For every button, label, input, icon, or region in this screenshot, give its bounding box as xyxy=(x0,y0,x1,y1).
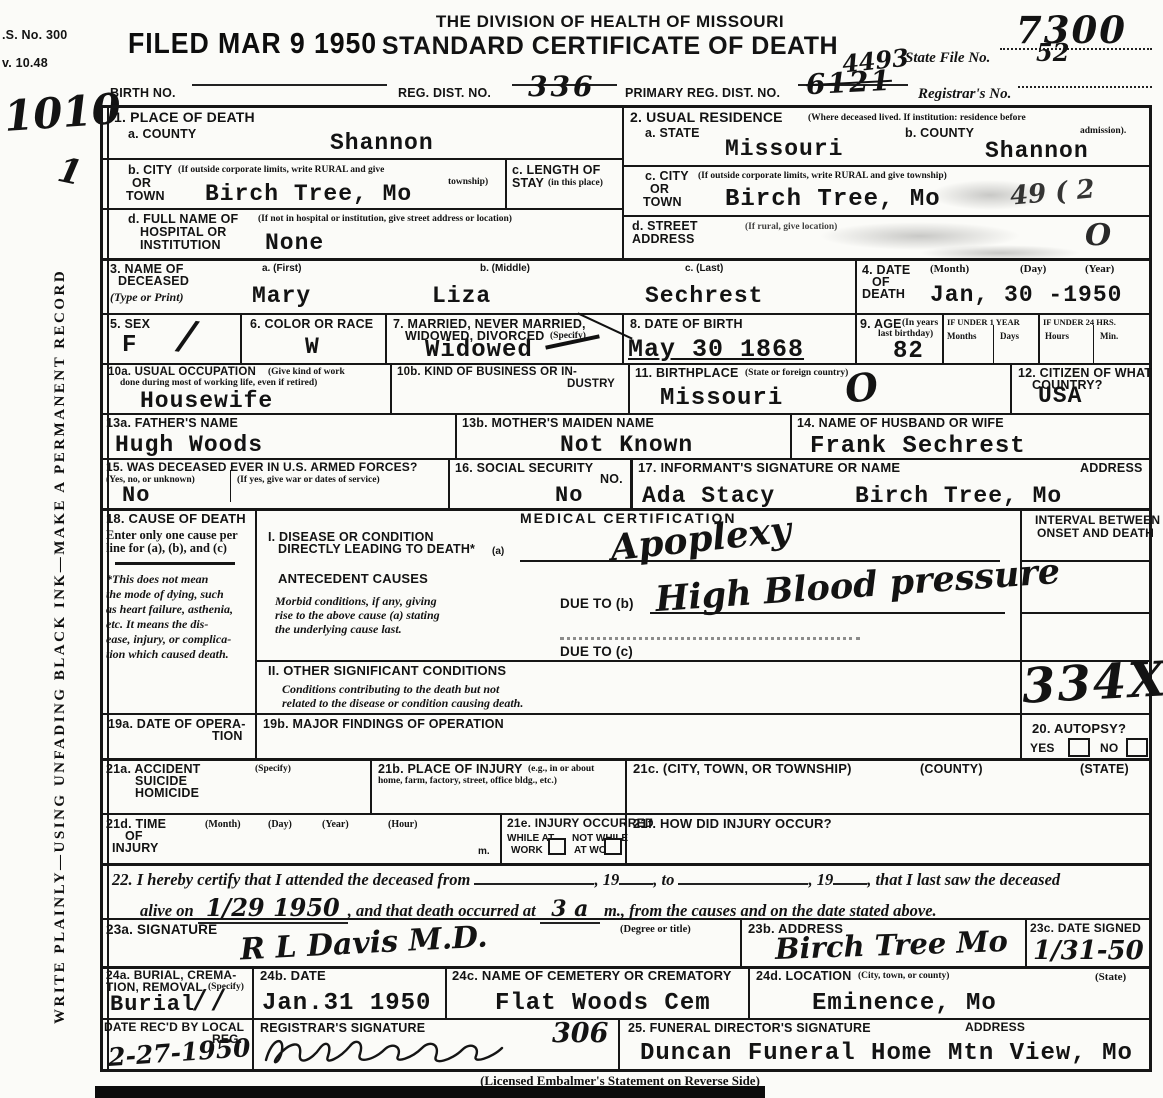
med-ii-note2: related to the disease or condition caus… xyxy=(282,696,523,711)
field-2d-label2: ADDRESS xyxy=(632,232,695,246)
field-2b-label: b. COUNTY xyxy=(905,126,974,140)
autopsy-yes-label: YES xyxy=(1030,742,1055,755)
med-ii-label: II. OTHER SIGNIFICANT CONDITIONS xyxy=(268,664,506,679)
field-21c-state: (STATE) xyxy=(1080,762,1129,776)
field-24c-label: 24c. NAME OF CEMETERY OR CREMATORY xyxy=(452,969,732,984)
registrar-no-line xyxy=(1018,86,1152,88)
field-21a-note: (Specify) xyxy=(255,764,291,775)
handwritten-code-334x: 334X xyxy=(1021,651,1163,715)
field-15-note2: (If yes, give war or dates of service) xyxy=(237,475,380,486)
field-2d-scribble: O xyxy=(1085,218,1111,253)
field-24a-value: Burial xyxy=(110,992,195,1017)
field-5-value: F xyxy=(122,332,137,359)
field-1c-label2: STAY xyxy=(512,176,544,190)
field-17-address-value: Birch Tree, Mo xyxy=(855,483,1062,509)
field-9-min-label: Min. xyxy=(1100,331,1118,341)
autopsy-yes-checkbox xyxy=(1068,738,1090,757)
field-1b-label: b. CITY xyxy=(128,163,172,177)
field-10a-label: 10a. USUAL OCCUPATION xyxy=(108,366,256,379)
field-13a-label: 13a. FATHER'S NAME xyxy=(106,416,238,430)
field-9-months-label: Months xyxy=(947,331,977,341)
field-4-value: Jan, 30 -1950 xyxy=(930,282,1122,308)
field-21b-note: (e.g., in or about xyxy=(528,764,594,775)
field-1c-label: c. LENGTH OF xyxy=(512,163,601,177)
field-4-col2: (Day) xyxy=(1020,263,1046,276)
field-3-first-value: Mary xyxy=(252,283,311,309)
state-file-no-value: 7300 xyxy=(1016,8,1127,52)
med-due-c-label: DUE TO (c) xyxy=(560,644,633,659)
field-1b-value: Birch Tree, Mo xyxy=(205,181,412,207)
form-number-corner: .S. No. 300 xyxy=(2,28,67,42)
scan-bottom-black-bar xyxy=(95,1086,765,1098)
cert-text-3: , to xyxy=(653,870,674,889)
field-1d-label: d. FULL NAME OF xyxy=(128,212,238,226)
field-11-value: Missouri xyxy=(660,385,783,412)
field-10b-label2: DUSTRY xyxy=(567,378,615,391)
field-1d-value: None xyxy=(265,230,324,256)
field-8-label: 8. DATE OF BIRTH xyxy=(630,317,743,331)
field-1b-note2: township) xyxy=(448,177,488,188)
field-2-note: (Where deceased lived. If institution: r… xyxy=(808,113,1026,124)
funeral-director-value: Duncan Funeral Home Mtn View, Mo xyxy=(640,1040,1133,1067)
field-21e-label: 21e. INJURY OCCURRED xyxy=(507,817,654,830)
med-antecedent-label: ANTECEDENT CAUSES xyxy=(278,572,428,587)
registrar-code-value: 306 xyxy=(552,1018,608,1049)
field-3-last-label: c. (Last) xyxy=(685,263,723,274)
field-20-label: 20. AUTOPSY? xyxy=(1032,722,1126,737)
field-19b-label: 19b. MAJOR FINDINGS OF OPERATION xyxy=(263,717,504,731)
field-18-line2: line for (a), (b), and (c) xyxy=(106,541,227,557)
divider-1b-1c xyxy=(505,158,507,208)
field-1a-label: a. COUNTY xyxy=(128,127,196,141)
field-5-label: 5. SEX xyxy=(110,317,150,331)
field-13a-value: Hugh Woods xyxy=(115,432,263,458)
field-17-address-label: ADDRESS xyxy=(1080,461,1143,475)
funeral-director-address-label: ADDRESS xyxy=(965,1021,1025,1034)
field-15-label: 15. WAS DECEASED EVER IN U.S. ARMED FORC… xyxy=(106,461,418,474)
reg-dist-label: REG. DIST. NO. xyxy=(398,86,491,100)
field-14-value: Frank Sechrest xyxy=(810,433,1026,460)
field-21b-label: 21b. PLACE OF INJURY xyxy=(378,762,523,776)
med-i-label2: DIRECTLY LEADING TO DEATH* xyxy=(278,542,475,556)
field-3-title2: DECEASED xyxy=(118,274,189,288)
reg-dist-value: 336 xyxy=(528,70,595,103)
field-23c-label: 23c. DATE SIGNED xyxy=(1030,922,1141,935)
state-file-no-value2: 52 xyxy=(1036,38,1069,67)
field-3-last-value: Sechrest xyxy=(645,283,763,309)
field-16-label: 16. SOCIAL SECURITY xyxy=(455,461,593,475)
field-24a-pen-marks: / / xyxy=(195,985,223,1015)
field-11-pen-mark: O xyxy=(842,363,881,412)
field-2d-label: d. STREET xyxy=(632,219,698,233)
birth-no-label: BIRTH NO. xyxy=(110,86,176,100)
field-2c-label: c. CITY xyxy=(645,169,689,183)
cert-blank-4 xyxy=(833,883,867,885)
field-13b-label: 13b. MOTHER'S MAIDEN NAME xyxy=(462,416,654,430)
field-18-title: 18. CAUSE OF DEATH xyxy=(106,512,246,527)
field-1a-value: Shannon xyxy=(330,130,434,156)
divider-1-2 xyxy=(622,105,624,258)
state-file-no-label: State File No. xyxy=(905,50,990,67)
field-10a-value: Housewife xyxy=(140,388,273,414)
med-morbid2: rise to the above cause (a) stating xyxy=(275,608,440,623)
field-24d-label: 24d. LOCATION xyxy=(756,969,851,983)
field-1c-note: (in this place) xyxy=(548,178,603,189)
field-21d-label3: INJURY xyxy=(112,841,159,855)
form-revision-corner: v. 10.48 xyxy=(2,56,48,70)
field-1d-label2: HOSPITAL OR xyxy=(140,225,226,239)
certification-statement-line1: 22. I hereby certify that I attended the… xyxy=(112,870,1147,890)
field-18-note1: *This does not mean xyxy=(106,572,208,587)
field-3-title3: (Type or Print) xyxy=(110,290,184,305)
autopsy-no-label: NO xyxy=(1100,742,1118,755)
field-18-note5: ease, injury, or complica- xyxy=(106,632,231,647)
field-15-value: No xyxy=(122,483,150,508)
field-1b-note: (If outside corporate limits, write RURA… xyxy=(178,165,384,176)
field-21b-note2: home, farm, factory, street, office bldg… xyxy=(378,776,557,787)
field-1d-note: (If not in hospital or institution, give… xyxy=(258,214,512,225)
field-21f-label: 21f. HOW DID INJURY OCCUR? xyxy=(633,817,832,832)
field-1d-label3: INSTITUTION xyxy=(140,238,221,252)
field-23a-label: 23a. SIGNATURE xyxy=(106,922,217,937)
field-24d-note: (City, town, or county) xyxy=(858,971,949,982)
field-3-middle-value: Liza xyxy=(432,283,491,309)
field-1b-or: OR xyxy=(132,176,151,190)
field-12-value: USA xyxy=(1038,383,1082,409)
field-8-value: May 30 1868 xyxy=(628,335,804,364)
field-21a-label3: HOMICIDE xyxy=(135,786,199,800)
field-21e-w1b: WORK xyxy=(511,845,543,856)
cert-blank-1 xyxy=(474,883,594,885)
cert-blank-3 xyxy=(678,883,808,885)
field-2c-note: (If outside corporate limits, write RURA… xyxy=(698,171,947,182)
field-24d-state: (State) xyxy=(1095,971,1126,984)
field-10a-note: (Give kind of work xyxy=(268,367,345,378)
cert-blank-2 xyxy=(619,883,653,885)
field-4-label3: DEATH xyxy=(862,287,905,301)
field-18-note3: as heart failure, asthenia, xyxy=(106,602,233,617)
field-2c-town: TOWN xyxy=(643,195,682,209)
field-21d-c4: (Hour) xyxy=(388,819,417,831)
field-16-value: No xyxy=(555,483,583,508)
field-9-value: 82 xyxy=(893,338,924,365)
field-2b-value: Shannon xyxy=(985,138,1089,164)
field-21c-county: (COUNTY) xyxy=(920,762,983,776)
death-certificate-scan: { "page": { "corner_line1": ".S. No. 300… xyxy=(0,0,1163,1098)
funeral-director-label: 25. FUNERAL DIRECTOR'S SIGNATURE xyxy=(628,1021,871,1035)
field-18-note6: tion which caused death. xyxy=(106,647,229,662)
field-17-name-value: Ada Stacy xyxy=(642,483,775,509)
field-24b-label: 24b. DATE xyxy=(260,969,326,984)
field-6-label: 6. COLOR OR RACE xyxy=(250,317,373,331)
field-2a-label: a. STATE xyxy=(645,126,700,140)
injury-not-while-at-work-checkbox xyxy=(604,838,622,855)
field-4-col3: (Year) xyxy=(1085,263,1114,276)
field-11-note: (State or foreign country) xyxy=(745,368,848,379)
field-9-days-label: Days xyxy=(1000,331,1019,341)
field-9-note: (In years xyxy=(902,318,938,329)
registrar-signature-script xyxy=(262,1030,562,1068)
margin-instruction-vertical-text: WRITE PLAINLY—USING UNFADING BLACK INK—M… xyxy=(52,196,69,1024)
birth-no-line xyxy=(192,84,387,86)
field-7-value: Widowed xyxy=(425,337,533,364)
autopsy-no-checkbox xyxy=(1126,738,1148,757)
field-19a-label2: TION xyxy=(212,729,243,743)
field-21d-c3: (Year) xyxy=(322,819,349,831)
field-2-note2: admission). xyxy=(1080,126,1126,137)
issuing-division-title: THE DIVISION OF HEALTH OF MISSOURI xyxy=(340,12,880,31)
injury-while-at-work-checkbox xyxy=(548,838,566,855)
handwritten-margin-tick: 1 xyxy=(54,150,85,194)
med-ii-note1: Conditions contributing to the death but… xyxy=(282,682,499,697)
field-14-label: 14. NAME OF HUSBAND OR WIFE xyxy=(797,416,1004,430)
field-2-title: 2. USUAL RESIDENCE xyxy=(630,110,783,126)
field-17-label: 17. INFORMANT'S SIGNATURE OR NAME xyxy=(638,461,900,476)
divider-3-4 xyxy=(855,258,857,313)
field-24d-value: Eminence, Mo xyxy=(812,990,997,1017)
field-21c-label: 21c. (CITY, TOWN, OR TOWNSHIP) xyxy=(633,762,852,777)
interval-label2: ONSET AND DEATH xyxy=(1037,527,1154,540)
certificate-title: STANDARD CERTIFICATE OF DEATH xyxy=(330,32,890,60)
field-2c-value: Birch Tree, Mo xyxy=(725,186,941,213)
field-1b-town: TOWN xyxy=(126,189,165,203)
field-10b-label: 10b. KIND OF BUSINESS OR IN- xyxy=(397,366,577,379)
med-a-tag: (a) xyxy=(492,546,504,557)
cert-text-2: , 19 xyxy=(594,870,619,889)
med-due-b-label: DUE TO (b) xyxy=(560,596,634,611)
field-9-under1yr-label: IF UNDER 1 YEAR xyxy=(947,318,1020,328)
field-18-note2: the mode of dying, such xyxy=(106,587,224,602)
field-21d-m: m. xyxy=(478,846,490,857)
registrar-no-label: Registrar's No. xyxy=(918,86,1011,103)
field-21d-c1: (Month) xyxy=(205,819,241,831)
cert-text-4: , 19 xyxy=(808,870,833,889)
date-signed-value: 1/31-50 xyxy=(1033,936,1144,966)
field-2c-or: OR xyxy=(650,182,669,196)
field-3-middle-label: b. (Middle) xyxy=(480,263,530,274)
field-13b-value: Not Known xyxy=(560,432,693,458)
field-24b-value: Jan.31 1950 xyxy=(262,990,431,1017)
field-1-title: 1. PLACE OF DEATH xyxy=(114,110,255,126)
field-21d-c2: (Day) xyxy=(268,819,292,831)
field-23a-note: (Degree or title) xyxy=(620,924,691,936)
cert-text-1: 22. I hereby certify that I attended the… xyxy=(112,870,470,889)
med-morbid3: the underlying cause last. xyxy=(275,622,402,637)
field-6-value: W xyxy=(305,334,320,360)
field-4-col1: (Month) xyxy=(930,263,969,276)
primary-reg-dist-label: PRIMARY REG. DIST. NO. xyxy=(625,86,780,100)
field-18-note4: etc. It means the dis- xyxy=(106,617,208,632)
field-2a-value: Missouri xyxy=(725,136,843,162)
field-24c-value: Flat Woods Cem xyxy=(495,990,711,1017)
field-3-first-label: a. (First) xyxy=(262,263,301,274)
med-morbid1: Morbid conditions, if any, giving xyxy=(275,594,437,609)
field-9-under24-label: IF UNDER 24 HRS. xyxy=(1043,318,1116,328)
primary-reg-value: 6121 xyxy=(805,64,893,101)
field-16-label2: NO. xyxy=(600,472,623,486)
field-9-hours-label: Hours xyxy=(1045,331,1069,341)
cert-text-5: , that I last saw the deceased xyxy=(867,870,1060,889)
field-11-label: 11. BIRTHPLACE xyxy=(635,366,739,380)
